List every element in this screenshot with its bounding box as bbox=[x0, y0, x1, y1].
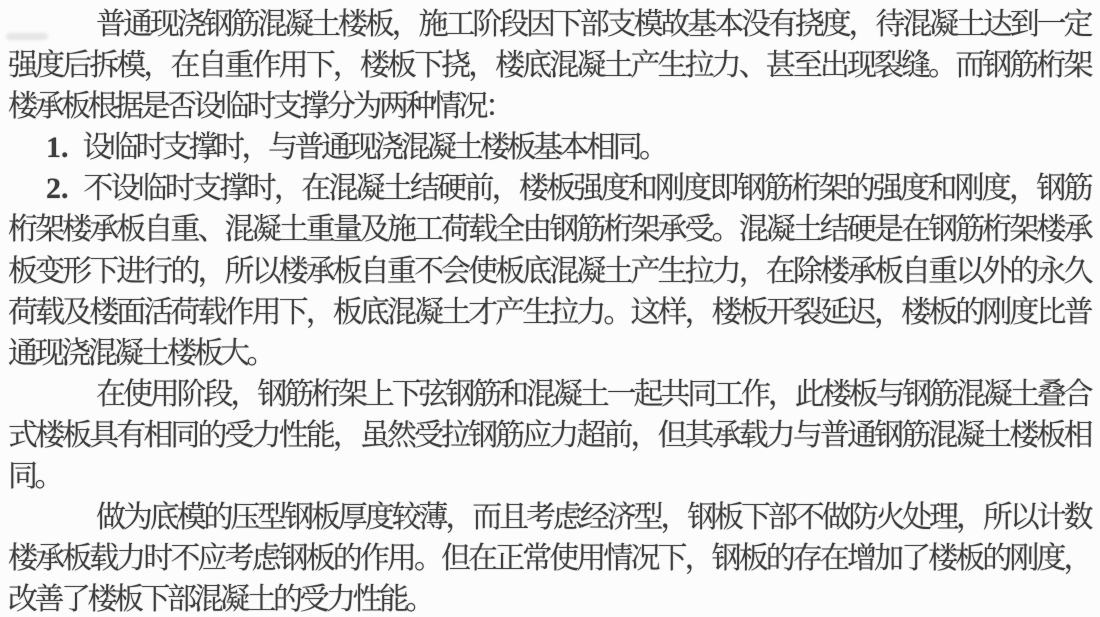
line-text: 同。 bbox=[8, 460, 61, 493]
text-block: 普通现浇钢筋混凝土楼板，施工阶段因下部支模故基本没有挠度，待混凝土达到一定强度后… bbox=[8, 4, 1090, 617]
line-text: 设临时支撑时，与普通现浇混凝土楼板基本相同。 bbox=[83, 131, 666, 164]
text-line: 通现浇混凝土楼板大。 bbox=[8, 333, 1090, 374]
line-text: 普通现浇钢筋混凝土楼板，施工阶段因下部支模故基本没有挠度，待混凝土达到一定 bbox=[96, 8, 1090, 41]
text-line: 板变形下进行的，所以楼承板自重不会使板底混凝土产生拉力，在除楼承板自重以外的永久 bbox=[8, 251, 1090, 292]
line-text: 式楼板具有相同的受力性能，虽然受拉钢筋应力超前，但其承载力与普通钢筋混凝土楼板相 bbox=[8, 419, 1090, 452]
text-line: 改善了楼板下部混凝土的受力性能。 bbox=[8, 579, 1090, 617]
text-line: 楼承板根据是否设临时支撑分为两种情况： bbox=[8, 86, 1090, 127]
text-line: 强度后拆模，在自重作用下，楼板下挠，楼底混凝土产生拉力、甚至出现裂缝。而钢筋桁架 bbox=[8, 45, 1090, 86]
text-line: 式楼板具有相同的受力性能，虽然受拉钢筋应力超前，但其承载力与普通钢筋混凝土楼板相 bbox=[8, 415, 1090, 456]
line-text: 楼承板根据是否设临时支撑分为两种情况： bbox=[8, 90, 512, 123]
line-text: 板变形下进行的，所以楼承板自重不会使板底混凝土产生拉力，在除楼承板自重以外的永久 bbox=[8, 255, 1090, 288]
text-line: 普通现浇钢筋混凝土楼板，施工阶段因下部支模故基本没有挠度，待混凝土达到一定 bbox=[8, 4, 1090, 45]
line-text: 改善了楼板下部混凝土的受力性能。 bbox=[8, 583, 432, 616]
list-number: 2. bbox=[46, 172, 69, 205]
text-line: 做为底模的压型钢板厚度较薄，而且考虑经济型，钢板下部不做防火处理，所以计数 bbox=[8, 497, 1090, 538]
line-text: 楼承板载力时不应考虑钢板的作用。但在正常使用情况下，钢板的存在增加了楼板的刚度， bbox=[8, 542, 1090, 575]
line-text: 不设临时支撑时，在混凝土结硬前，楼板强度和刚度即钢筋桁架的强度和刚度，钢筋 bbox=[83, 172, 1091, 205]
line-text: 荷载及楼面活荷载作用下，板底混凝土才产生拉力。这样，楼板开裂延迟，楼板的刚度比普 bbox=[8, 296, 1090, 329]
list-number: 1. bbox=[46, 131, 69, 164]
line-text: 通现浇混凝土楼板大。 bbox=[8, 337, 273, 370]
text-line: 同。 bbox=[8, 456, 1090, 497]
text-line: 楼承板载力时不应考虑钢板的作用。但在正常使用情况下，钢板的存在增加了楼板的刚度， bbox=[8, 538, 1090, 579]
line-text: 强度后拆模，在自重作用下，楼板下挠，楼底混凝土产生拉力、甚至出现裂缝。而钢筋桁架 bbox=[8, 49, 1090, 82]
document-page: 普通现浇钢筋混凝土楼板，施工阶段因下部支模故基本没有挠度，待混凝土达到一定强度后… bbox=[0, 0, 1100, 617]
line-text: 桁架楼承板自重、混凝土重量及施工荷载全由钢筋桁架承受。混凝土结硬是在钢筋桁架楼承 bbox=[8, 213, 1090, 246]
text-line: 桁架楼承板自重、混凝土重量及施工荷载全由钢筋桁架承受。混凝土结硬是在钢筋桁架楼承 bbox=[8, 209, 1090, 250]
text-line: 在使用阶段，钢筋桁架上下弦钢筋和混凝土一起共同工作，此楼板与钢筋混凝土叠合 bbox=[8, 374, 1090, 415]
line-text: 在使用阶段，钢筋桁架上下弦钢筋和混凝土一起共同工作，此楼板与钢筋混凝土叠合 bbox=[96, 378, 1090, 411]
line-text: 做为底模的压型钢板厚度较薄，而且考虑经济型，钢板下部不做防火处理，所以计数 bbox=[96, 501, 1090, 534]
text-line: 1.设临时支撑时，与普通现浇混凝土楼板基本相同。 bbox=[8, 127, 1090, 168]
text-line: 荷载及楼面活荷载作用下，板底混凝土才产生拉力。这样，楼板开裂延迟，楼板的刚度比普 bbox=[8, 292, 1090, 333]
text-line: 2.不设临时支撑时，在混凝土结硬前，楼板强度和刚度即钢筋桁架的强度和刚度，钢筋 bbox=[8, 168, 1090, 209]
